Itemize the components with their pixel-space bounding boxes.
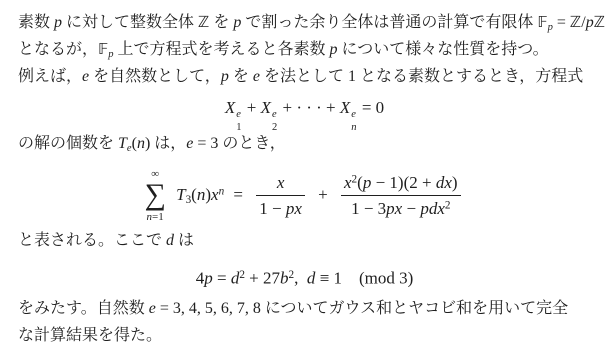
series-term: T3(n)xn xyxy=(176,185,224,204)
fraction-first: x 1 − px xyxy=(256,172,305,219)
text-line-1: 素数 p に対して整数全体 ℤ を p で割った余り全体は普通の計算で有限体 𝔽… xyxy=(18,9,591,36)
summation-lower-limit: n=1 xyxy=(147,212,164,223)
text-line-2: となるが，𝔽p 上で方程式を考えると各素数 p について様々な性質を持つ。 xyxy=(18,36,591,63)
equation-d-condition: 4p = d2 + 27b2, d ≡ 1 (mod 3) xyxy=(18,260,591,290)
summation-symbol: ∞ ∑ n=1 xyxy=(144,169,165,223)
document-page: 素数 p に対して整数全体 ℤ を p で割った余り全体は普通の計算で有限体 𝔽… xyxy=(0,0,608,362)
text-line-4: の解の個数を Te(n) は，e = 3 のとき， xyxy=(18,130,591,157)
fraction-second-denominator: 1 − 3px − pdx2 xyxy=(341,195,461,219)
sigma-glyph: ∑ xyxy=(144,180,165,210)
fraction-second-numerator: x2(p − 1)(2 + dx) xyxy=(341,172,461,194)
text-line-7: な計算結果を得た。 xyxy=(18,322,591,349)
text-line-3: 例えば，e を自然数として，p を e を法として 1 となる素数とするとき，方… xyxy=(18,63,591,90)
equation-sum-of-powers: Xe1 + Xe2 + · · · + Xen = 0 xyxy=(18,92,591,124)
fraction-first-denominator: 1 − px xyxy=(256,195,305,219)
equals-operator: = xyxy=(233,185,243,204)
plus-operator: + xyxy=(318,185,328,204)
equation-generating-function: ∞ ∑ n=1 T3(n)xn = x 1 − px + x2(p − 1)(2… xyxy=(18,161,591,221)
fraction-second: x2(p − 1)(2 + dx) 1 − 3px − pdx2 xyxy=(341,172,461,219)
fraction-first-numerator: x xyxy=(256,172,305,194)
text-line-6: をみたす。自然数 e = 3, 4, 5, 6, 7, 8 についてガウス和とヤ… xyxy=(18,295,591,322)
text-line-5: と表される。ここで d は xyxy=(18,227,591,254)
